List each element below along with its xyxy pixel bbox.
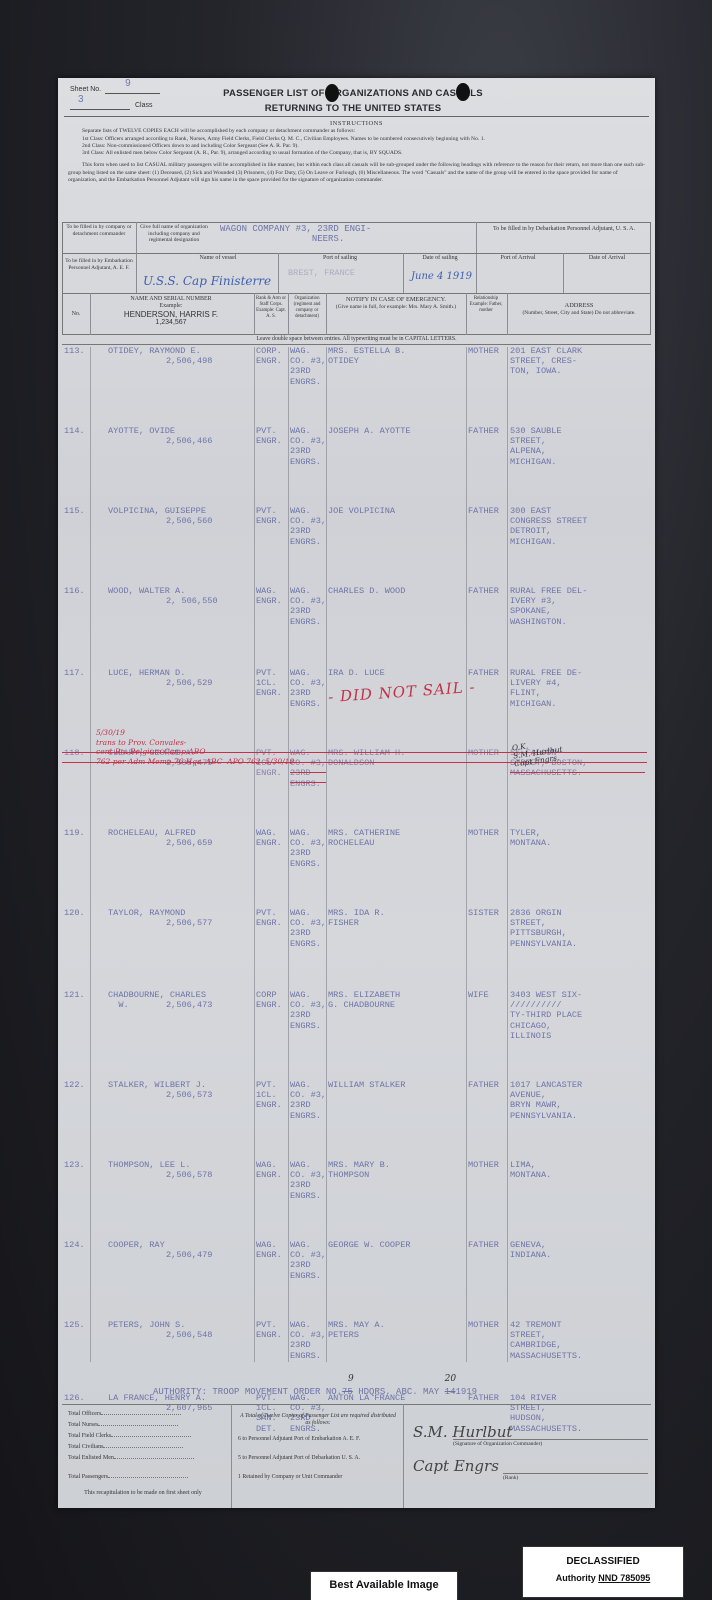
passenger-name: THOMPSON, LEE L.	[108, 1160, 191, 1170]
entry-number: 121.	[64, 990, 85, 1000]
entry-number: 114.	[64, 426, 85, 436]
embark-label: To be filled in by Embarkation Personnel…	[64, 258, 134, 271]
rank-arm: PVT. ENGR.	[256, 426, 282, 446]
strike-line	[290, 772, 326, 773]
relationship: FATHER	[468, 668, 499, 678]
emergency-contact: WILLIAM STALKER	[328, 1080, 405, 1090]
serial-number: 2,506,578	[166, 1170, 212, 1180]
emergency-contact: MRS. MARY B. THOMPSON	[328, 1160, 390, 1180]
relationship: FATHER	[468, 506, 499, 516]
entry-number: 119.	[64, 828, 85, 838]
organization: WAG. CO. #3, 23RD ENGRS.	[290, 346, 326, 387]
serial-number: 2,506,659	[166, 838, 212, 848]
col-relationship: Relationship Example: Father, mother	[467, 296, 505, 314]
address: 300 EAST CONGRESS STREET DETROIT, MICHIG…	[510, 506, 587, 547]
debark-label: To be filled in by Debarkation Personnel…	[480, 226, 648, 233]
serial-number: 2,506,529	[166, 678, 212, 688]
entry-number: 126.	[64, 1393, 85, 1403]
organization: WAG. CO. #3, 23RD ENGRS.	[290, 1240, 326, 1281]
date-sailing-value: June 4 1919	[411, 271, 472, 282]
port-sailing-label: Port of sailing	[280, 255, 400, 262]
passenger-name: LUCE, HERMAN D.	[108, 668, 185, 678]
entry-number: 115.	[64, 506, 85, 516]
total-civilians: Total Civilians	[68, 1442, 218, 1453]
rank-arm: PVT. ENGR.	[256, 506, 282, 526]
rank-arm: WAG. ENGR.	[256, 1240, 282, 1260]
serial-number: 2,506,473	[166, 1000, 212, 1010]
passenger-name: OTIDEY, RAYMOND E.	[108, 346, 201, 356]
entry-number: 120.	[64, 908, 85, 918]
serial-number: 2,506,548	[166, 1330, 212, 1340]
total-officers: Total Officers	[68, 1409, 218, 1420]
col-address: ADDRESS (Number, Street, City and State)…	[509, 302, 649, 317]
passenger-name: VOLPICINA, GUISEPPE	[108, 506, 206, 516]
relationship: SISTER	[468, 908, 499, 918]
emergency-contact: MRS. ESTELLA B. OTIDEY	[328, 346, 405, 366]
transfer-annotation: 5/30/19 trans to Prov. Convales- cent Bn…	[96, 728, 294, 766]
did-not-sail-annotation: - DID NOT SAIL -	[328, 678, 477, 706]
organization: WAG. CO. #3, 23RD ENGRS.	[290, 426, 326, 467]
port-arrival-label: Port of Arrival	[478, 255, 558, 262]
rank-arm: WAG. ENGR.	[256, 1160, 282, 1180]
relationship: FATHER	[468, 1080, 499, 1090]
rank-arm: CORP. ENGR.	[256, 346, 282, 366]
passenger-name: TAYLOR, RAYMOND	[108, 908, 185, 918]
organization: WAG. CO. #3, 23RD ENGRS.	[290, 668, 326, 709]
emergency-contact: MRS. MAY A. PETERS	[328, 1320, 385, 1340]
organization: WAG. CO. #3, 23RD ENGRS.	[290, 1160, 326, 1201]
authority-line: AUTHORITY: TROOP MOVEMENT ORDER NO.975 H…	[153, 1387, 477, 1397]
vessel-value: U.S.S. Cap Finisterre	[143, 274, 271, 288]
entry-number: 113.	[64, 346, 85, 356]
serial-number: 2,506,479	[166, 1250, 212, 1260]
address: LIMA, MONTANA.	[510, 1160, 551, 1180]
col-name: NAME AND SERIAL NUMBER Example: HENDERSO…	[92, 296, 250, 326]
relationship: FATHER	[468, 1240, 499, 1250]
address: GENEVA, INDIANA.	[510, 1240, 551, 1260]
date-arrival-label: Date of Arrival	[565, 255, 649, 262]
serial-number: 2,506,573	[166, 1090, 212, 1100]
punch-hole	[456, 83, 470, 101]
address: 2836 ORGIN STREET, PITTSBURGH, PENNSYLVA…	[510, 908, 577, 949]
relationship: MOTHER	[468, 748, 499, 758]
emergency-contact: MRS. ELIZABETH G. CHADBOURNE	[328, 990, 400, 1010]
class-field: 3 Class	[70, 102, 152, 110]
passenger-name: AYOTTE, OVIDE	[108, 426, 175, 436]
rank-arm: PVT. 1CL. ENGR.	[256, 668, 282, 699]
rank-arm: PVT. ENGR.	[256, 908, 282, 928]
sheet-number-value: 9	[125, 78, 131, 89]
address: 1017 LANCASTER AVENUE, BRYN MAWR, PENNSY…	[510, 1080, 582, 1121]
org-value: WAGON COMPANY #3, 23RD ENGI- NEERS.	[220, 224, 371, 244]
totals: Total Officers Total Nurses Total Field …	[68, 1409, 218, 1497]
address: 3403 WEST SIX- ////////// TY-THIRD PLACE…	[510, 990, 582, 1041]
serial-number: 2,506,560	[166, 516, 212, 526]
emergency-contact: MRS. IDA R. FISHER	[328, 908, 385, 928]
relationship: WIFE	[468, 990, 489, 1000]
col-no: No.	[64, 311, 88, 318]
passenger-name: PETERS, JOHN S.	[108, 1320, 185, 1330]
passenger-name: COOPER, RAY	[108, 1240, 165, 1250]
serial-number: 2, 506,550	[166, 596, 218, 606]
recap-note: This recapitulation to be made on first …	[68, 1489, 218, 1497]
entry-number: 122.	[64, 1080, 85, 1090]
passenger-name: WOOD, WALTER A.	[108, 586, 185, 596]
organization: WAG. CO. #3, 23RD ENGRS.	[290, 1320, 326, 1361]
passenger-list-sheet: Sheet No. 9 3 Class PASSENGER LIST OF OR…	[58, 78, 655, 1508]
entry-number: 116.	[64, 586, 85, 596]
strike-line	[290, 782, 326, 783]
distribution: A Total of Twelve Copies of Passenger Li…	[238, 1413, 398, 1481]
entry-number: 117.	[64, 668, 85, 678]
emergency-contact: JOE VOLPICINA	[328, 506, 395, 516]
declassified-stamp: DECLASSIFIED Authority NND 785095	[522, 1546, 684, 1598]
address: 42 TREMONT STREET, CAMBRIDGE, MASSACHUSE…	[510, 1320, 582, 1361]
emergency-contact: MRS. CATHERINE ROCHELEAU	[328, 828, 400, 848]
relationship: MOTHER	[468, 828, 499, 838]
emergency-contact: GEORGE W. COOPER	[328, 1240, 411, 1250]
best-available-image-label: Best Available Image	[310, 1571, 458, 1600]
date-sailing-label: Date of sailing	[405, 255, 475, 262]
total-enlisted: Total Enlisted Men	[68, 1453, 218, 1464]
serial-number: 2,506,498	[166, 356, 212, 366]
instructions: INSTRUCTIONS Separate lists of TWELVE CO…	[68, 120, 645, 184]
relationship: MOTHER	[468, 346, 499, 356]
emergency-contact: JOSEPH A. AYOTTE	[328, 426, 411, 436]
relationship: MOTHER	[468, 1320, 499, 1330]
punch-hole	[325, 84, 339, 102]
rank-arm: CORP ENGR.	[256, 990, 282, 1010]
address: 201 EAST CLARK STREET, CRES- TON, IOWA.	[510, 346, 582, 377]
organization: WAG. CO. #3, 23RD ENGRS.	[290, 506, 326, 547]
organization: WAG. CO. #3, 23RD ENGRS.	[290, 908, 326, 949]
rank-arm: PVT. ENGR.	[256, 1320, 282, 1340]
organization: WAG. CO. #3, 23RD ENGRS.	[290, 586, 326, 627]
entry-number: 123.	[64, 1160, 85, 1170]
passenger-name: ROCHELEAU, ALFRED	[108, 828, 196, 838]
divider	[64, 116, 649, 117]
vessel-label: Name of vessel	[158, 255, 278, 262]
space-note: Leave double space between entries. All …	[62, 336, 651, 345]
company-label: To be filled in by company or detachment…	[64, 224, 134, 237]
rank-arm: PVT. 1CL. ENGR.	[256, 1080, 282, 1111]
col-org: Organization (regiment and company or de…	[289, 296, 325, 320]
relationship: FATHER	[468, 426, 499, 436]
rank-arm: WAG. ENGR.	[256, 828, 282, 848]
col-rank: Rank & Arm or Staff Corps. Example: Capt…	[255, 296, 287, 320]
address: RURAL FREE DEL- IVERY #3, SPOKANE, WASHI…	[510, 586, 587, 627]
serial-number: 2,506,577	[166, 918, 212, 928]
rank-arm: WAG. ENGR.	[256, 586, 282, 606]
port-sailing-value: BREST, FRANCE	[288, 268, 355, 278]
serial-number: 2,506,466	[166, 436, 212, 446]
org-label: Give full name of organization including…	[138, 224, 210, 244]
sheet-number: Sheet No. 9	[70, 86, 160, 94]
total-field-clerks: Total Field Clerks	[68, 1431, 218, 1442]
passenger-name: STALKER, WILBERT J.	[108, 1080, 206, 1090]
entry-number: 118.	[64, 748, 85, 758]
col-notify: NOTIFY IN CASE OF EMERGENCY. (Give name …	[328, 296, 464, 311]
total-passengers: Total Passengers	[68, 1472, 218, 1483]
class-value: 3	[78, 94, 84, 105]
organization: WAG. CO. #3, 23RD ENGRS.	[290, 828, 326, 869]
strike-line	[510, 772, 645, 773]
total-nurses: Total Nurses	[68, 1420, 218, 1431]
relationship: FATHER	[468, 586, 499, 596]
signature-block: S.M. Hurlbut (Signature of Organization …	[413, 1423, 648, 1481]
organization: WAG. CO. #3, 23RD ENGRS.	[290, 1080, 326, 1121]
emergency-contact: CHARLES D. WOOD	[328, 586, 405, 596]
organization: WAG. CO. #3, 23RD ENGRS.	[290, 990, 326, 1031]
entry-number: 125.	[64, 1320, 85, 1330]
entry-number: 124.	[64, 1240, 85, 1250]
address: 530 SAUBLE STREET, ALPENA, MICHIGAN.	[510, 426, 562, 467]
address: RURAL FREE DE- LIVERY #4, FLINT, MICHIGA…	[510, 668, 582, 709]
address: TYLER, MONTANA.	[510, 828, 551, 848]
emergency-contact: IRA D. LUCE	[328, 668, 385, 678]
relationship: MOTHER	[468, 1160, 499, 1170]
